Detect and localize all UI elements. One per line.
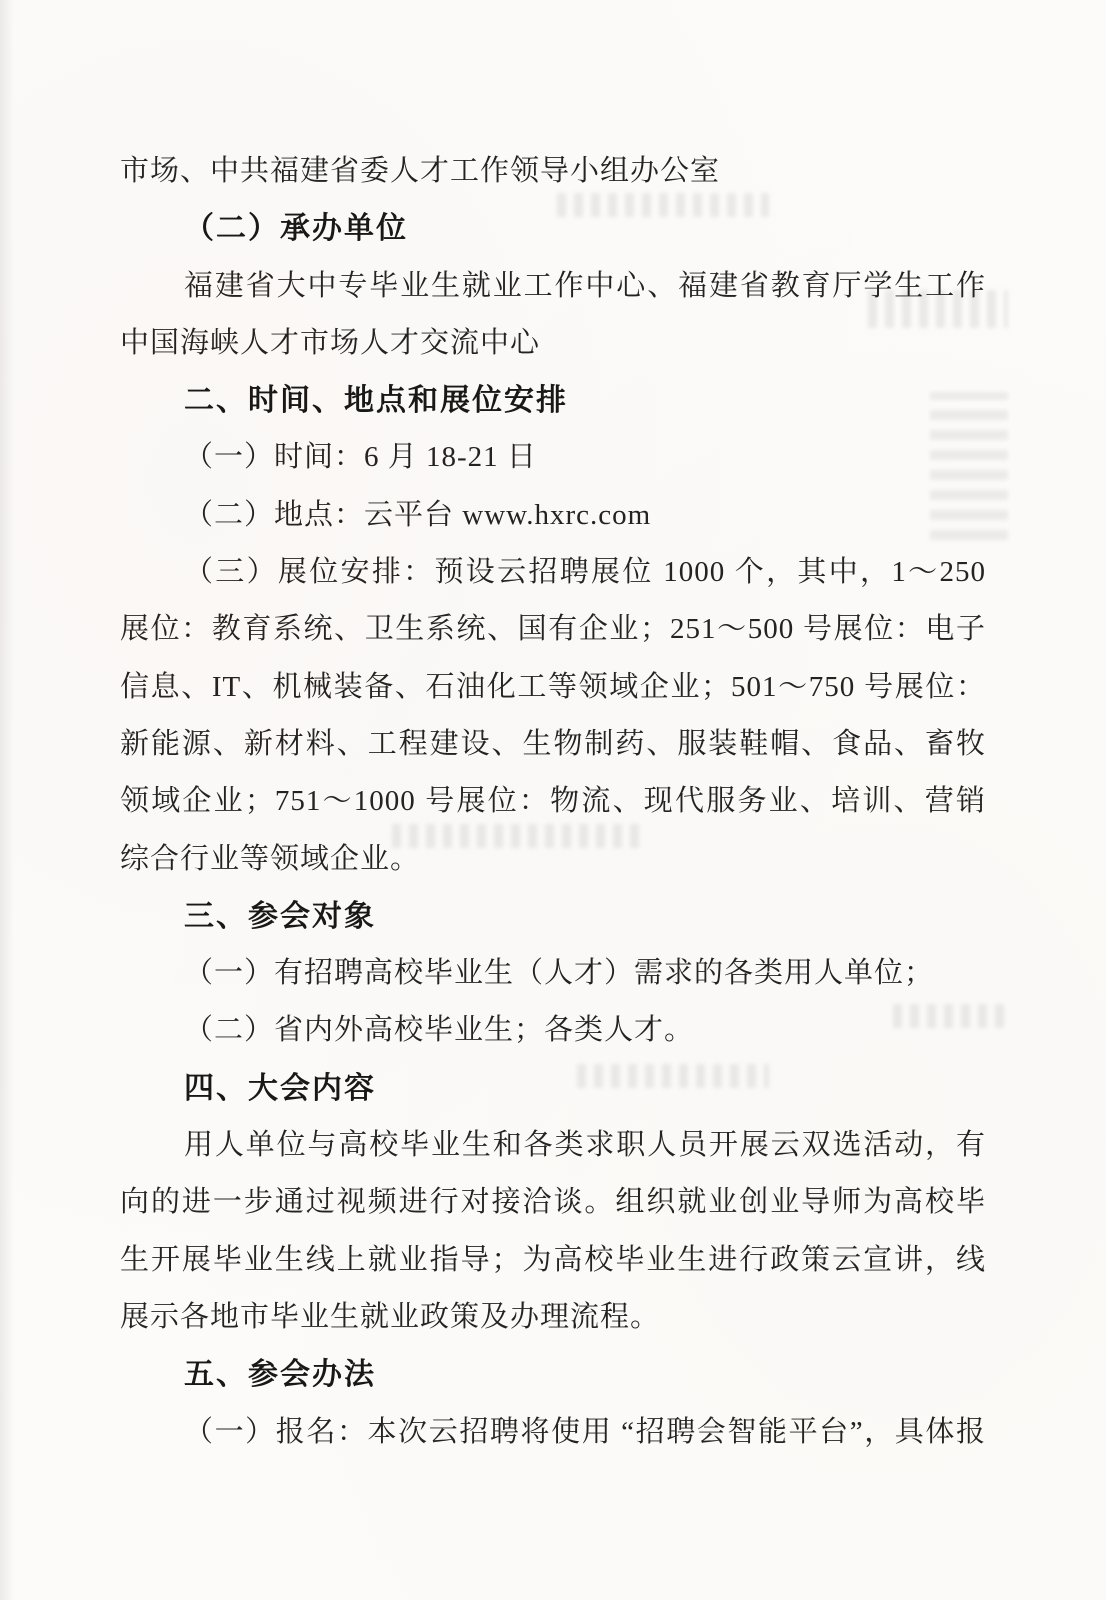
item-place: （二）地点：云平台 www.hxrc.com (120, 487, 986, 544)
heading-section-2-time-place: 二、时间、地点和展位安排 (120, 372, 986, 429)
conference-content-line-3: 生开展毕业生线上就业指导；为高校毕业生进行政策云宣讲，线上 (120, 1232, 986, 1289)
booth-arrangement-line-6: 综合行业等领域企业。 (120, 831, 986, 888)
document-page: 市场、中共福建省委人才工作领导小组办公室 （二）承办单位 福建省大中专毕业生就业… (0, 0, 1106, 1600)
booth-arrangement-line-4: 新能源、新材料、工程建设、生物制药、服装鞋帽、食品、畜牧等 (120, 716, 986, 773)
heading-section-5-method: 五、参会办法 (120, 1346, 986, 1403)
booth-arrangement-line-2: 展位：教育系统、卫生系统、国有企业；251～500 号展位：电子 (120, 601, 986, 658)
heading-subsection-undertakers: （二）承办单位 (120, 200, 986, 257)
item-registration-line-1: （一）报名：本次云招聘将使用 “招聘会智能平台”，具体报 (120, 1404, 986, 1461)
heading-section-4-content: 四、大会内容 (120, 1060, 986, 1117)
conference-content-line-1: 用人单位与高校毕业生和各类求职人员开展云双选活动，有意 (120, 1117, 986, 1174)
continuation-line-organizers: 市场、中共福建省委人才工作领导小组办公室 (120, 143, 986, 200)
conference-content-line-4: 展示各地市毕业生就业政策及办理流程。 (120, 1289, 986, 1346)
conference-content-line-2: 向的进一步通过视频进行对接洽谈。组织就业创业导师为高校毕业 (120, 1174, 986, 1231)
undertaker-units-line-1: 福建省大中专毕业生就业工作中心、福建省教育厅学生工作处、 (120, 258, 986, 315)
document-body: 市场、中共福建省委人才工作领导小组办公室 （二）承办单位 福建省大中专毕业生就业… (120, 143, 986, 1461)
item-participants-employers: （一）有招聘高校毕业生（人才）需求的各类用人单位； (120, 945, 986, 1002)
booth-arrangement-line-1: （三）展位安排：预设云招聘展位 1000 个，其中，1～250 号 (120, 544, 986, 601)
scanner-edge-shading (0, 0, 14, 1600)
heading-section-3-participants: 三、参会对象 (120, 888, 986, 945)
item-time: （一）时间：6 月 18-21 日 (120, 429, 986, 486)
undertaker-units-line-2: 中国海峡人才市场人才交流中心 (120, 315, 986, 372)
booth-arrangement-line-3: 信息、IT、机械装备、石油化工等领域企业；501～750 号展位： (120, 659, 986, 716)
booth-arrangement-line-5: 领域企业；751～1000 号展位：物流、现代服务业、培训、营销暨 (120, 773, 986, 830)
item-participants-graduates: （二）省内外高校毕业生；各类人才。 (120, 1002, 986, 1059)
